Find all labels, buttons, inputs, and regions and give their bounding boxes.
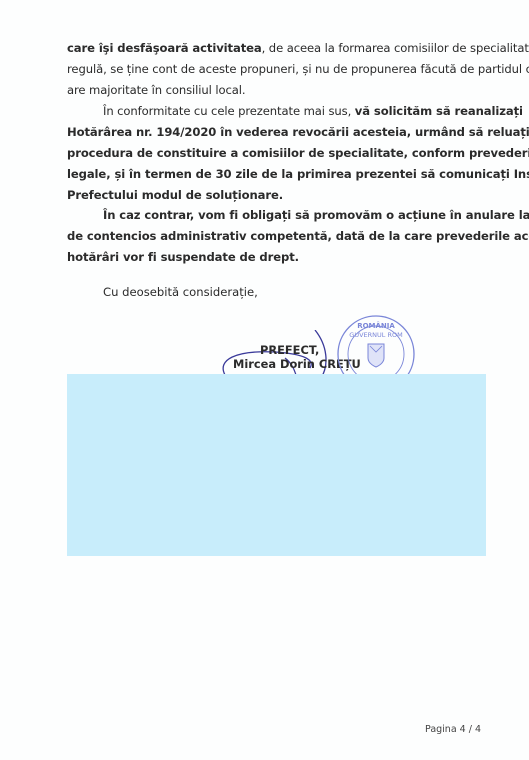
paragraph-3-line-1: În caz contrar, vom fi obligați să promo… xyxy=(103,208,487,222)
page-number: Pagina 4 / 4 xyxy=(425,724,481,735)
paragraph-2-line-1: În conformitate cu cele prezentate mai s… xyxy=(103,104,487,118)
paragraph-2-line-2: Hotărârea nr. 194/2020 în vederea revocă… xyxy=(67,125,487,139)
text: , de aceea la formarea comisiilor de spe… xyxy=(262,41,529,55)
paragraph-2-line-4: legale, și în termen de 30 zile de la pr… xyxy=(67,167,487,181)
svg-text:ROMÂNIA: ROMÂNIA xyxy=(357,321,395,330)
redaction-box xyxy=(67,374,486,556)
svg-text:GUVERNUL ROM: GUVERNUL ROM xyxy=(349,331,402,339)
paragraph-2-line-3: procedura de constituire a comisiilor de… xyxy=(67,146,487,160)
paragraph-2-line-5: Prefectului modul de soluționare. xyxy=(67,188,487,202)
signatory-title: PREFECT, xyxy=(260,343,319,357)
paragraph-1-line-3: are majoritate în consiliul local. xyxy=(67,83,487,97)
paragraph-3-line-3: hotărâri vor fi suspendate de drept. xyxy=(67,250,487,264)
paragraph-1-line-2: regulă, se ține cont de aceste propuneri… xyxy=(67,62,487,76)
paragraph-3-line-2: de contencios administrativ competentă, … xyxy=(67,229,487,243)
text: În conformitate cu cele prezentate mai s… xyxy=(103,104,355,118)
bold-text: care îşi desfăşoară activitatea xyxy=(67,41,262,55)
paragraph-1-line-1: care îşi desfăşoară activitatea, de acee… xyxy=(67,41,487,55)
bold-text: vă solicităm să reanalizați xyxy=(355,104,523,118)
closing-salutation: Cu deosebită considerație, xyxy=(103,285,258,299)
document-page: care îşi desfăşoară activitatea, de acee… xyxy=(0,0,529,760)
